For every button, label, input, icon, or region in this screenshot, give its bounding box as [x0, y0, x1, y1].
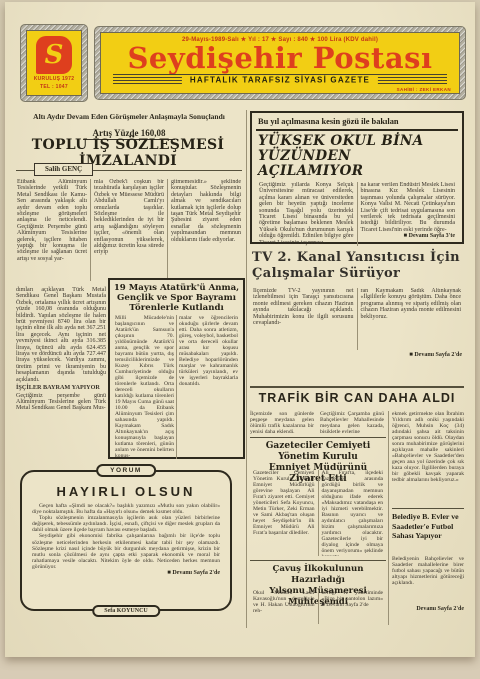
cavus-headline-line1: Çavuş İlkokulunun Hazırladığı: [250, 564, 386, 586]
tv-continued-note: ■ Devamı Sayfa 2'de: [352, 352, 462, 358]
masthead-box: 29-Mayıs-1989-Salı ★ Yıl : 17 ★ Sayı : 8…: [94, 26, 466, 100]
trafik-column-2: Geçtiğimiz Çarşamba günü Bahçelievler Ma…: [320, 411, 384, 435]
masthead-subtitle: HAFTALIK TARAFSIZ SİYASİ GAZETE: [182, 75, 378, 84]
tv-column-1: İlçemizde TV-2 yayınının net izlenebilme…: [250, 288, 357, 350]
yuksek-okul-continued-note: ■ Devamı Sayfa 3'te: [361, 233, 456, 239]
mayis19-column-2: malar ve öğrencilerin okuduğu şiirlerle …: [176, 315, 240, 459]
gazeteciler-top-rule: [250, 437, 386, 438]
yorum-continued-note: ■ Devamı Sayfa 2'de: [32, 570, 220, 576]
yuksek-okul-headline-line2: YÜZÜNDEN AÇILAMIYOR: [258, 149, 458, 179]
masthead-subtitle-band: HAFTALIK TARAFSIZ SİYASİ GAZETE: [113, 74, 447, 85]
lead-continuation-text-2: Geçtiğimiz perşembe günü Alüminyum Tesis…: [16, 393, 106, 412]
trafik-column-1: İlçemizde son günlerde peşpeşe meydana g…: [250, 411, 314, 435]
yuksek-okul-story-box: Bu yıl açılmasına kesin gözü ile bakılan…: [250, 111, 464, 244]
yuksek-okul-headline-line1: YÜKSEK OKUL BİNA: [258, 134, 458, 149]
mayis19-column-1: Milli Mücadele'nin başlangıcının ve Atat…: [113, 315, 176, 459]
yorum-opinion-box: YORUM HAYIRLI OLSUN Geçen hafta «Şimdi n…: [20, 470, 232, 611]
yuksek-okul-column-2: na karar verilen Endüstri Meslek Lisesi …: [357, 182, 459, 246]
tv-section-rule: [250, 386, 464, 388]
yorum-paragraph-3: Seydişehir gibi ekonomisi fabrika çalışa…: [32, 533, 220, 570]
tv-headline-line1: TV 2. Kanal Yansıtıcısı İçin: [252, 250, 464, 266]
lead-continuation-text: dımları açıklayan Türk Metal Sendikası G…: [16, 287, 106, 383]
logo-tel-label: TEL : 1047: [40, 84, 68, 90]
lead-column-3: gitmemesidir.» şeklinde konuştular. Sözl…: [167, 179, 244, 281]
belediye-body: Belediyenin Bahçelievler ve Saadetler ma…: [392, 556, 464, 586]
belediye-headline: Belediye B. Evler ve Saadetler'e Futbol …: [392, 512, 464, 541]
tv-column-2: ran Kaymakam Sadık Altınkaynak «İlgilile…: [357, 288, 465, 350]
trafik-column-3: ekmek getirmekte olan İbrahim Yıldırım a…: [392, 411, 464, 505]
yuksek-okul-kicker: Bu yıl açılmasına kesin gözü ile bakılan: [256, 116, 458, 131]
belediye-continued-note: Devamı Sayfa 2'de: [392, 606, 464, 612]
center-column-divider: [246, 110, 247, 628]
owner-label: SAHİBİ : ZEKİ ERKAN: [397, 87, 451, 92]
yuksek-okul-column-2-text: na karar verilen Endüstri Meslek Lisesi …: [361, 182, 456, 233]
sp-monogram-icon: S: [36, 36, 72, 74]
gazeteciler-headline-line1: Gazeteciler Cemiyeti Yönetim Kurulu: [250, 441, 386, 463]
cavus-top-rule: [250, 560, 386, 561]
gazeteciler-column-2: Ali Fırat'ta, ilçedeki gazeteciler arası…: [318, 470, 387, 556]
newspaper-title: Seydişehir Postası: [101, 43, 459, 73]
lead-byline: Salih GENÇ: [34, 163, 93, 176]
yuksek-okul-columns: Geçtiğimiz yıllarda Konya Selçuk Ünivers…: [256, 182, 458, 246]
yuksek-okul-column-1: Geçtiğimiz yıllarda Konya Selçuk Ünivers…: [256, 182, 357, 246]
cavus-column-1: Okul Müdürü Ladif Kavasoğlu'nun desteğiy…: [250, 590, 318, 624]
gazeteciler-columns: Gazeteciler Cemiyeti Yönetim Kurulu, İlç…: [250, 470, 386, 556]
lead-column-1: Etibank Alüminyum Tesislerinde yetkili T…: [14, 179, 90, 281]
yorum-tab: YORUM: [96, 464, 156, 477]
yorum-paragraph-1: Geçen hafta «Şimdi ne olacak?» başlıklı …: [32, 503, 220, 515]
yuksek-okul-headline: YÜKSEK OKUL BİNA YÜZÜNDEN AÇILAMIYOR: [258, 134, 458, 179]
tv-columns: İlçemizde TV-2 yayınının net izlenebilme…: [250, 288, 464, 350]
yorum-headline: HAYIRLI OLSUN: [32, 484, 220, 499]
lead-column-2: mla Özbek'i coşkun bir tezahüratla karşı…: [90, 179, 167, 281]
lead-subhead: İŞÇİLER BAYRAM YAPIYOR: [16, 385, 106, 391]
belediye-top-rule: [392, 508, 464, 509]
mayis19-story-box: 19 Mayıs Atatürk'ü Anma, Gençlik ve Spor…: [108, 278, 245, 459]
tv-headline-line2: Çalışmalar Sürüyor: [252, 266, 464, 282]
yorum-byline: Sefa KOYUNCU: [92, 605, 160, 617]
logo-founded-label: KURULUŞ 1972: [34, 76, 75, 82]
mayis19-headline: 19 Mayıs Atatürk'ü Anma, Gençlik ve Spor…: [113, 283, 240, 313]
lead-columns: Etibank Alüminyum Tesislerinde yetkili T…: [14, 179, 244, 281]
masthead-logo-box: S KURULUŞ 1972 TEL : 1047: [20, 24, 88, 102]
right-column-divider: [388, 411, 389, 625]
mayis19-columns: Milli Mücadele'nin başlangıcının ve Atat…: [113, 315, 240, 459]
cavus-column-2: berliği ve yönetiminde «Bize bir pantolo…: [318, 590, 387, 624]
yorum-paragraph-2: Toplu sözleşmenin imzalanmasıyla işçiler…: [32, 515, 220, 533]
trafik-headline: TRAFİK BİR CAN DAHA ALDI: [250, 391, 464, 405]
newspaper-front-page: S KURULUŞ 1972 TEL : 1047 29-Mayıs-1989-…: [0, 0, 480, 679]
lead-continuation-column: dımları açıklayan Türk Metal Sendikası G…: [16, 287, 106, 459]
gazeteciler-column-1: Gazeteciler Cemiyeti Yönetim Kurulu, İlç…: [250, 470, 318, 556]
tv-headline: TV 2. Kanal Yansıtıcısı İçin Çalışmalar …: [252, 250, 464, 282]
cavus-columns: Okul Müdürü Ladif Kavasoğlu'nun desteğiy…: [250, 590, 386, 624]
lead-kicker-line1: Altı Aydır Devam Eden Görüşmeler Anlaşma…: [16, 112, 242, 121]
